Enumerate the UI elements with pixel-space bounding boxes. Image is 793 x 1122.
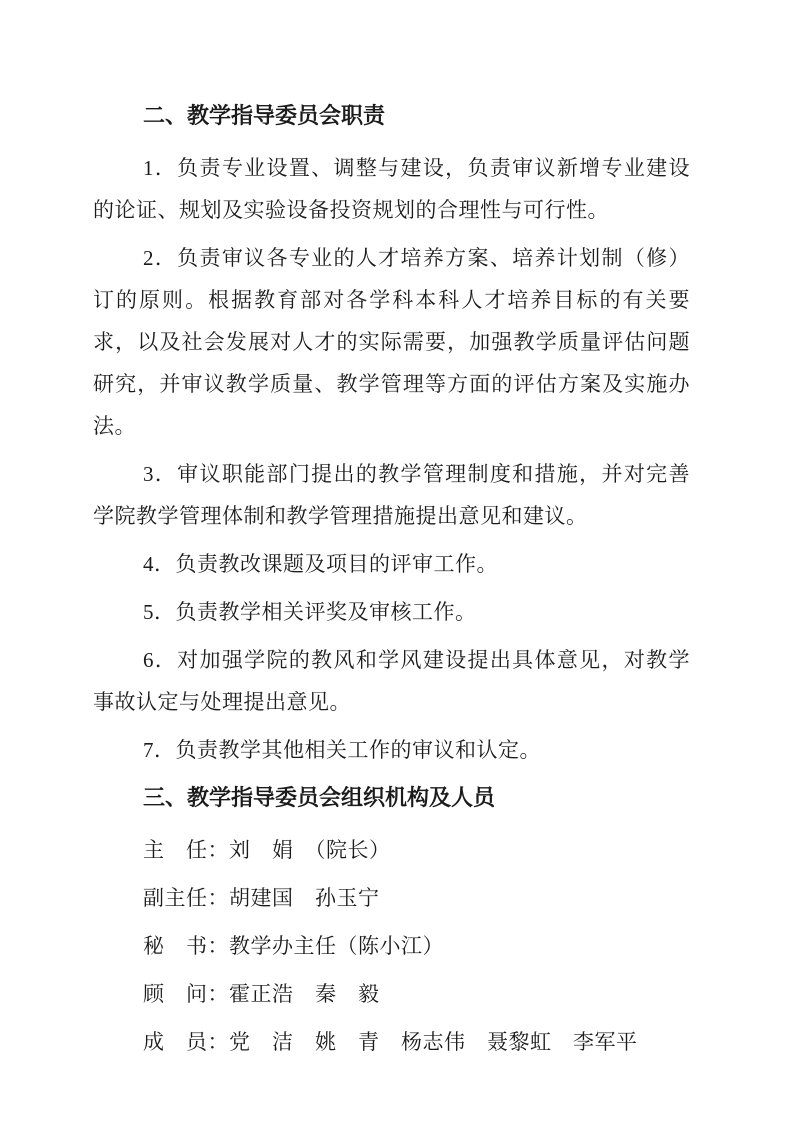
roster-role-director: 主 任：	[143, 838, 229, 862]
roster-names-advisor: 霍正浩 秦 毅	[229, 982, 380, 1006]
roster-role-secretary: 秘 书：	[143, 934, 229, 958]
roster-row-deputy-director: 副主任：胡建国 孙玉宁	[93, 877, 690, 919]
roster-role-members: 成 员：	[143, 1030, 229, 1054]
document-content: 二、教学指导委员会职责 1．负责专业设置、调整与建设，负责审议新增专业建设的论证…	[93, 95, 690, 1069]
roster-names-secretary: 教学办主任（陈小江）	[229, 934, 444, 958]
section-org-heading: 三、教学指导委员会组织机构及人员	[93, 777, 690, 819]
duty-item-5: 5．负责教学相关评奖及审核工作。	[93, 591, 690, 633]
roster-names-deputy-director: 胡建国 孙玉宁	[229, 886, 380, 910]
roster-names-members: 党 洁 姚 青 杨志伟 聂黎虹 李军平	[229, 1030, 638, 1054]
duty-item-3: 3．审议职能部门提出的教学管理制度和措施，并对完善学院教学管理体制和教学管理措施…	[93, 453, 690, 537]
roster-names-director: 刘 娟 （院长）	[229, 838, 391, 862]
section-duties-heading: 二、教学指导委员会职责	[93, 95, 690, 137]
roster-row-advisor: 顾 问：霍正浩 秦 毅	[93, 973, 690, 1015]
duty-item-6: 6．对加强学院的教风和学风建设提出具体意见，对教学事故认定与处理提出意见。	[93, 639, 690, 723]
roster-row-secretary: 秘 书：教学办主任（陈小江）	[93, 925, 690, 967]
duty-item-4: 4．负责教改课题及项目的评审工作。	[93, 543, 690, 585]
roster-role-deputy-director: 副主任：	[143, 886, 229, 910]
duty-item-1: 1．负责专业设置、调整与建设，负责审议新增专业建设的论证、规划及实验设备投资规划…	[93, 147, 690, 231]
roster-row-members: 成 员：党 洁 姚 青 杨志伟 聂黎虹 李军平	[93, 1021, 690, 1063]
duty-item-2: 2．负责审议各专业的人才培养方案、培养计划制（修）订的原则。根据教育部对各学科本…	[93, 237, 690, 447]
document-page: 二、教学指导委员会职责 1．负责专业设置、调整与建设，负责审议新增专业建设的论证…	[0, 0, 793, 1122]
duty-item-7: 7．负责教学其他相关工作的审议和认定。	[93, 729, 690, 771]
roster-role-advisor: 顾 问：	[143, 982, 229, 1006]
roster-row-director: 主 任：刘 娟 （院长）	[93, 829, 690, 871]
